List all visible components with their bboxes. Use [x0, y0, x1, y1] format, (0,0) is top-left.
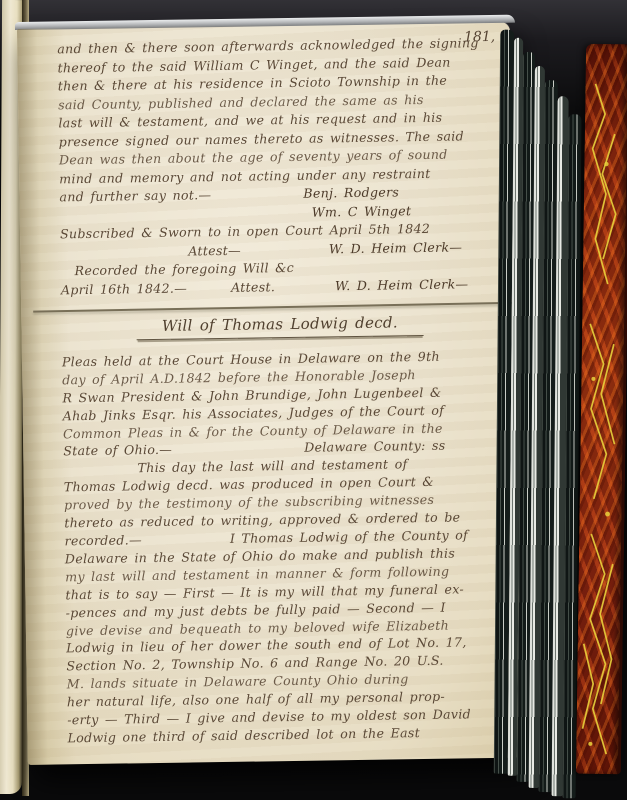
county-ss-caption: Delaware County: ss: [304, 437, 446, 457]
manuscript-line-fragment: State of Ohio.—: [63, 441, 172, 461]
page-edges-stack: [494, 24, 587, 781]
will-heading: Will of Thomas Lodwig decd.: [136, 314, 424, 340]
manuscript-line-fragment: recorded.—: [64, 531, 142, 550]
clerk-signature: W. D. Heim Clerk—: [335, 275, 469, 295]
recording-date: April 16th 1842.—: [61, 279, 187, 299]
lodwig-will-entry: Will of Thomas Lodwig decd. Pleas held a…: [61, 313, 504, 747]
will-heading-row: Will of Thomas Lodwig decd.: [61, 313, 498, 341]
clerk-signature: W. D. Heim Clerk—: [329, 238, 463, 258]
witness-signature: Benj. Rodgers: [303, 183, 399, 203]
marble-veins: [576, 44, 627, 775]
marbled-cover: [576, 44, 627, 775]
prior-will-entry: and then & there soon afterwards acknowl…: [57, 34, 498, 299]
manuscript-line-fragment: and further say not.—: [59, 186, 211, 207]
photo-background: 181, and then & there soon afterwards ac…: [0, 0, 627, 800]
section-divider-rule: [33, 302, 520, 313]
attest-label: Attest.: [231, 278, 275, 297]
record-book-page: 181, and then & there soon afterwards ac…: [17, 22, 521, 765]
attest-label: Attest—: [188, 241, 241, 260]
manuscript-text: and then & there soon afterwards acknowl…: [57, 34, 504, 747]
